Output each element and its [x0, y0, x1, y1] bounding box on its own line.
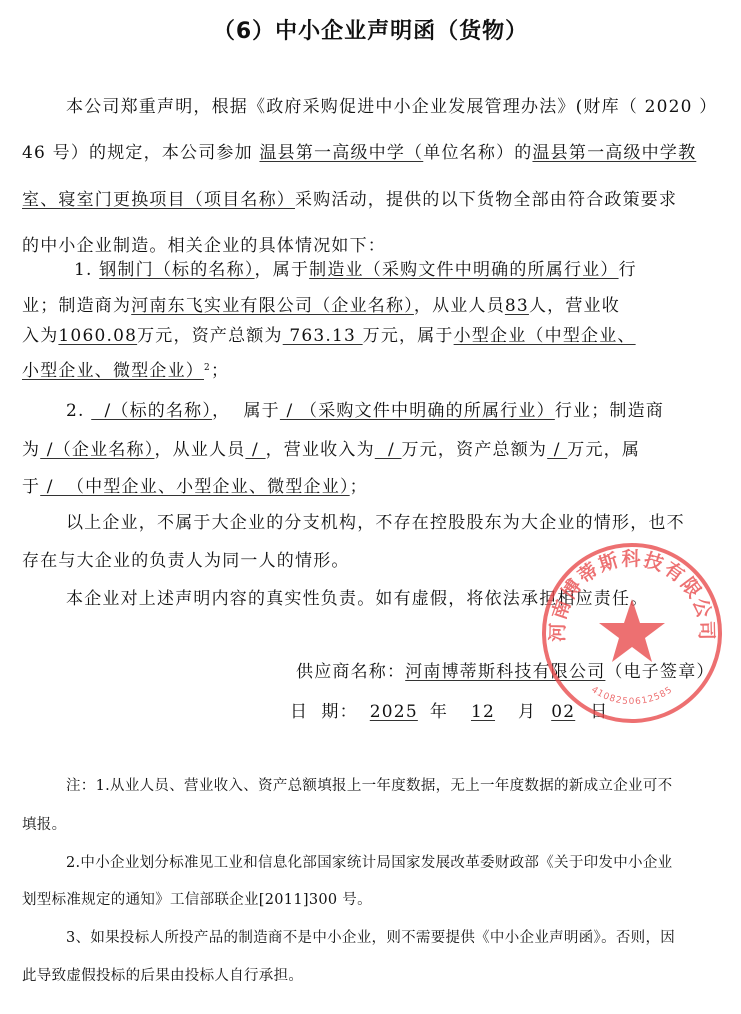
item-text: 入为 — [22, 326, 58, 346]
note-3-line-1: 3、如果投标人所投产品的制造商不是中小企业，则不需要提供《中小企业声明函》。否则… — [66, 928, 675, 948]
intro-text: 单位名称）的 — [423, 143, 532, 163]
year-unit: 年 — [430, 702, 448, 722]
item-text: 万元，资产总额为 — [402, 440, 548, 460]
supplier-label: 供应商名称： — [296, 662, 405, 682]
intro-line-3: 室、寝室门更换项目（项目名称）采购活动，提供的以下货物全部由符合政策要求 — [22, 190, 677, 210]
item2-line-1: 2. /（标的名称）， 属于 / （采购文件中明确的所属行业）行业；制造商 — [66, 401, 664, 421]
date-day: 02 — [536, 702, 590, 722]
item-text: 业；制造商为 — [22, 296, 131, 316]
item-text: 行 — [619, 260, 637, 280]
item-text: 为 — [22, 440, 40, 460]
item1-line-3: 入为1060.08万元，资产总额为 763.13 万元，属于小型企业（中型企业、 — [22, 326, 636, 346]
date-month: 12 — [448, 702, 518, 722]
date-year: 2025 — [358, 702, 430, 722]
item1-line-1: 1. 钢制门（标的名称），属于制造业（采购文件中明确的所属行业）行 — [74, 260, 637, 280]
item-text: ； — [211, 361, 229, 381]
item-text: ，从业人员 — [414, 296, 505, 316]
item1-size-cont: 小型企业、微型企业） — [22, 361, 204, 381]
intro-line-2: 46 号）的规定，本公司参加 温县第一高级中学（单位名称）的温县第一高级中学教 — [22, 143, 696, 163]
item2-line-2: 为 /（企业名称），从业人员 / ，营业收入为 / 万元，资产总额为 / 万元，… — [22, 440, 640, 460]
item1-assets: 763.13 — [283, 326, 363, 346]
item2-subject: /（标的名称） — [91, 401, 212, 421]
item2-size: / （中型企业、小型企业、微型企业） — [40, 477, 349, 497]
item1-revenue: 1060.08 — [58, 326, 137, 346]
intro-text: 本公司郑重声明，根据《政府采购促进中小企业发展管理办法》(财库（ 2020 ） — [66, 97, 718, 117]
supplier-name: 河南博蒂斯科技有限公司 — [405, 662, 605, 682]
item-text: 行业；制造商 — [555, 401, 664, 421]
item2-industry: / （采购文件中明确的所属行业） — [280, 401, 555, 421]
item-number: 2. — [66, 401, 91, 421]
month-unit: 月 — [518, 702, 536, 722]
intro-line-4: 的中小企业制造。相关企业的具体情况如下： — [22, 236, 386, 256]
item2-assets: / — [547, 440, 567, 460]
note-2-line-2: 划型标准规定的通知》工信部联企业[2011]300 号。 — [22, 890, 372, 910]
item2-revenue: / — [375, 440, 402, 460]
intro-text: 的中小企业制造。相关企业的具体情况如下： — [22, 236, 386, 256]
item-text: 万元，属于 — [363, 326, 454, 346]
item1-employees: 83 — [505, 296, 529, 316]
purchaser-name: 温县第一高级中学（ — [259, 143, 423, 163]
day-unit: 日 — [590, 702, 608, 722]
item-text: ； — [350, 477, 368, 497]
item-text: 于 — [22, 477, 40, 497]
item1-line-2: 业；制造商为河南东飞实业有限公司（企业名称），从业人员83人，营业收 — [22, 296, 620, 316]
item-text: 万元，属 — [567, 440, 640, 460]
statement-line-2: 存在与大企业的负责人为同一人的情形。 — [22, 551, 350, 571]
statement-line-3: 本企业对上述声明内容的真实性负责。如有虚假，将依法承担相应责任。 — [66, 589, 648, 609]
intro-text: 46 号）的规定，本公司参加 — [22, 143, 259, 163]
e-seal-label: （电子签章） — [605, 662, 714, 682]
intro-line-1: 本公司郑重声明，根据《政府采购促进中小企业发展管理办法》(财库（ 2020 ） — [66, 97, 718, 117]
note-1-line-2: 填报。 — [22, 815, 66, 835]
note-3-line-2: 此导致虚假投标的后果由投标人自行承担。 — [22, 966, 303, 986]
date-line: 日 期：2025年12月02日 — [290, 702, 608, 722]
note-1-line-1: 注：1.从业人员、营业收入、资产总额填报上一年度数据，无上一年度数据的新成立企业… — [66, 776, 672, 796]
item-text: 万元，资产总额为 — [137, 326, 283, 346]
company-seal-icon: 河南博蒂斯科技有限公司 4108250612585 — [540, 541, 724, 725]
footnote-marker: 2 — [204, 363, 211, 373]
statement-line-1: 以上企业，不属于大企业的分支机构，不存在控股股东为大企业的情形，也不 — [66, 513, 685, 533]
note-2-line-1: 2.中小企业划分标准见工业和信息化部国家统计局国家发展改革委财政部《关于印发中小… — [66, 853, 672, 873]
item-text: ，营业收入为 — [266, 440, 375, 460]
item-text: ，属于 — [255, 260, 310, 280]
item2-line-3: 于 / （中型企业、小型企业、微型企业）； — [22, 477, 368, 497]
item1-line-4: 小型企业、微型企业）2； — [22, 361, 229, 381]
item2-manufacturer: /（企业名称） — [40, 440, 154, 460]
project-name-part1: 温县第一高级中学教 — [532, 143, 696, 163]
item2-employees: / — [245, 440, 265, 460]
project-name-part2: 室、寝室门更换项目（项目名称） — [22, 190, 295, 210]
page-title: （6）中小企业声明函（货物） — [0, 18, 741, 46]
item1-manufacturer: 河南东飞实业有限公司（企业名称） — [131, 296, 414, 316]
date-label: 日 期： — [290, 702, 358, 722]
item-text: ，从业人员 — [154, 440, 245, 460]
item-number: 1. — [74, 260, 99, 280]
item-text: 人，营业收 — [529, 296, 620, 316]
item1-size: 小型企业（中型企业、 — [454, 326, 636, 346]
supplier-line: 供应商名称：河南博蒂斯科技有限公司（电子签章） — [296, 662, 715, 682]
item1-subject: 钢制门（标的名称） — [99, 260, 254, 280]
intro-text: 采购活动，提供的以下货物全部由符合政策要求 — [295, 190, 677, 210]
item1-industry: 制造业（采购文件中明确的所属行业） — [309, 260, 618, 280]
item-text: ， 属于 — [212, 401, 280, 421]
